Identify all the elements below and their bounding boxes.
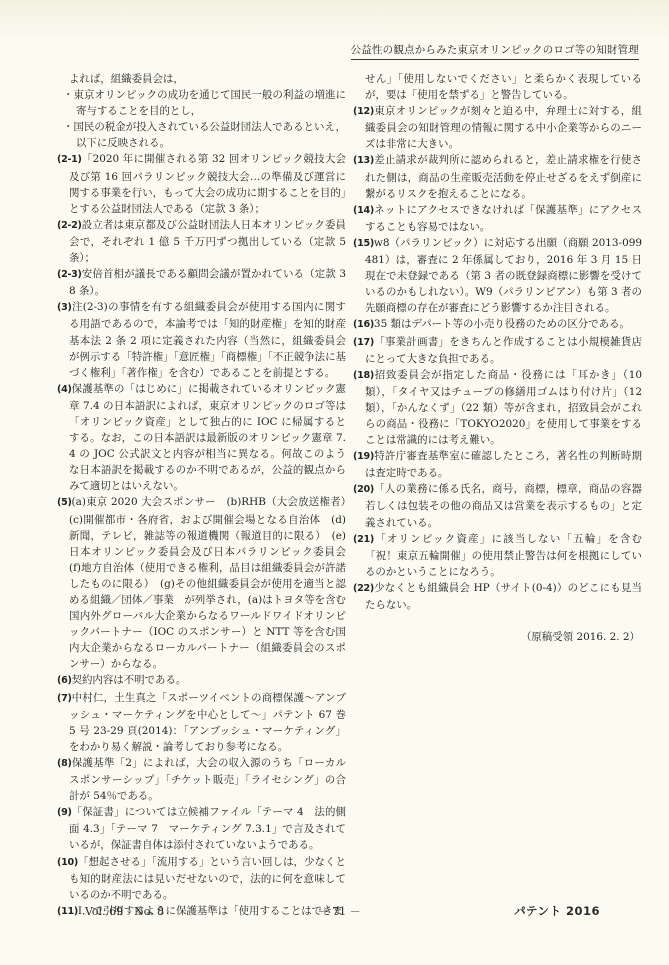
endnote-item: (16)35 類はデパート等の小売り役務のための区分である。	[353, 316, 642, 333]
endnote-item: (9)「保証書」については立候補ファイル「テーマ 4 法的側面 4.3」「テーマ…	[57, 804, 346, 853]
endnote-number: (13)	[353, 155, 374, 166]
manuscript-received: （原稿受領 2016. 2. 2）	[353, 629, 640, 645]
endnote-number: (8)	[57, 758, 72, 769]
endnote-item: (5)(a)東京 2020 大会スポンサー (b)RHB（大会放送権者）(c)開…	[57, 494, 346, 672]
endnote-number: (20)	[353, 484, 374, 495]
running-head: 公益性の観点からみた東京オリンピックのロゴ等の知財管理	[0, 43, 639, 60]
paragraph: せん」「使用しないでください」と柔らかく表現しているが，要は「使用を禁ずる」と警…	[353, 71, 642, 103]
endnote-number: (15)	[353, 238, 374, 249]
endnote-item: (19)特許庁審査基準室に確認したところ，著名性の判断時期は査定時である。	[353, 448, 642, 481]
endnote-number: (19)	[353, 451, 374, 462]
endnote-number: (2-3)	[57, 269, 82, 280]
running-head-title: 公益性の観点からみた東京オリンピックのロゴ等の知財管理	[351, 43, 639, 60]
endnote-item: (12)東京オリンピックが刻々と迫る中，弁理士に対する，組織委員会の知財管理の情…	[353, 103, 642, 152]
paragraph: ・東京オリンピックの成功を通じて国民一般の利益の増進に寄与することを目的とし，	[63, 87, 346, 119]
endnote-item: (2-2)設立者は東京都及び公益財団法人日本オリンピック委員会で，それぞれ 1 …	[57, 217, 346, 266]
endnote-number: (12)	[353, 106, 374, 117]
two-column-layout: よれば，組織委員会は，・東京オリンピックの成功を通じて国民一般の利益の増進に寄与…	[57, 71, 643, 920]
paragraph: よれば，組織委員会は，	[57, 71, 346, 87]
journal-page: 公益性の観点からみた東京オリンピックのロゴ等の知財管理 よれば，組織委員会は，・…	[0, 0, 669, 965]
endnote-item: (21)「オリンピック資産」に該当しない「五輪」を含む「祝！東京五輪開催」の使用…	[353, 531, 642, 580]
endnote-item: (18)招致委員会が指定した商品・役務には「耳かき」（10 類），「タイヤ又はチ…	[353, 367, 642, 448]
endnote-number: (16)	[353, 319, 374, 330]
endnote-number: (4)	[57, 384, 72, 395]
endnote-number: (22)	[353, 583, 374, 594]
endnote-item: (7)中村仁，土生真之「スポーツイベントの商標保護〜アンブッシュ・マーケティング…	[57, 690, 346, 755]
endnote-number: (2-1)	[57, 154, 82, 165]
endnote-item: (2-3)安倍首相が議長である顧問会議が置かれている（定款 38 条）。	[57, 266, 346, 299]
endnote-item: (17)「事業計画書」をきちんと作成することは小規模雑貨店にとって大きな負担であ…	[353, 334, 642, 367]
endnote-number: (3)	[57, 302, 72, 313]
endnote-item: (2-1)「2020 年に開催される第 32 回オリンピック競技大会及び第 16…	[57, 151, 346, 216]
endnote-item: (15)w8（パラリンピック）に対応する出願（商願 2013-099481）は，…	[353, 235, 642, 316]
endnote-item: (10)「想起させる」「流用する」という言い回しは，少なくとも知的財産法には見い…	[57, 854, 346, 903]
paragraph: ・国民の税金が投入されている公益財団法人であるといえ，以下に反映される。	[63, 119, 346, 151]
endnote-number: (9)	[57, 807, 72, 818]
footer-volume: Vol. 69 No. 8	[85, 903, 164, 919]
page-footer: Vol. 69 No. 8 － 71 － パテント 2016	[0, 903, 669, 919]
endnote-number: (10)	[57, 857, 78, 868]
endnote-number: (21)	[353, 534, 374, 545]
endnote-item: (3)注(2-3)の事情を有する組織委員会が使用する国内に関する用語であるので，…	[57, 299, 346, 380]
endnote-number: (6)	[57, 675, 72, 686]
endnote-item: (6)契約内容は不明である。	[57, 672, 346, 689]
endnote-number: (2-2)	[57, 220, 82, 231]
endnote-item: (20)「人の業務に係る氏名，商号，商標，標章，商品の容器若しくは包装その他の商…	[353, 481, 642, 530]
footer-journal-title: パテント 2016	[514, 903, 600, 919]
endnote-item: (22)少なくとも組織員会 HP（サイト(0-4)）のどこにも見当たらない。	[353, 580, 642, 613]
endnote-number: (14)	[353, 205, 374, 216]
endnote-number: (7)	[57, 693, 72, 704]
endnote-number: (5)	[57, 497, 72, 508]
left-column: よれば，組織委員会は，・東京オリンピックの成功を通じて国民一般の利益の増進に寄与…	[57, 71, 346, 920]
endnote-item: (4)保護基準の「はじめに」に掲載されているオリンピック憲章 7.4 の日本語訳…	[57, 381, 346, 495]
endnote-number: (17)	[353, 337, 374, 348]
endnote-item: (8)保護基準「2」によれば，大会の収入源のうち「ローカルスポンサーシップ」「チ…	[57, 755, 346, 804]
endnote-item: (13)差止請求が裁判所に認められると，差止請求権を行使された側は，商品の生産販…	[353, 152, 642, 201]
endnote-item: (14)ネットにアクセスできなければ「保護基準」にアクセスすることも容易ではない…	[353, 202, 642, 235]
right-column: せん」「使用しないでください」と柔らかく表現しているが，要は「使用を禁ずる」と警…	[353, 71, 642, 920]
endnote-number: (18)	[353, 370, 374, 381]
footer-page-number: － 71 －	[318, 903, 361, 919]
